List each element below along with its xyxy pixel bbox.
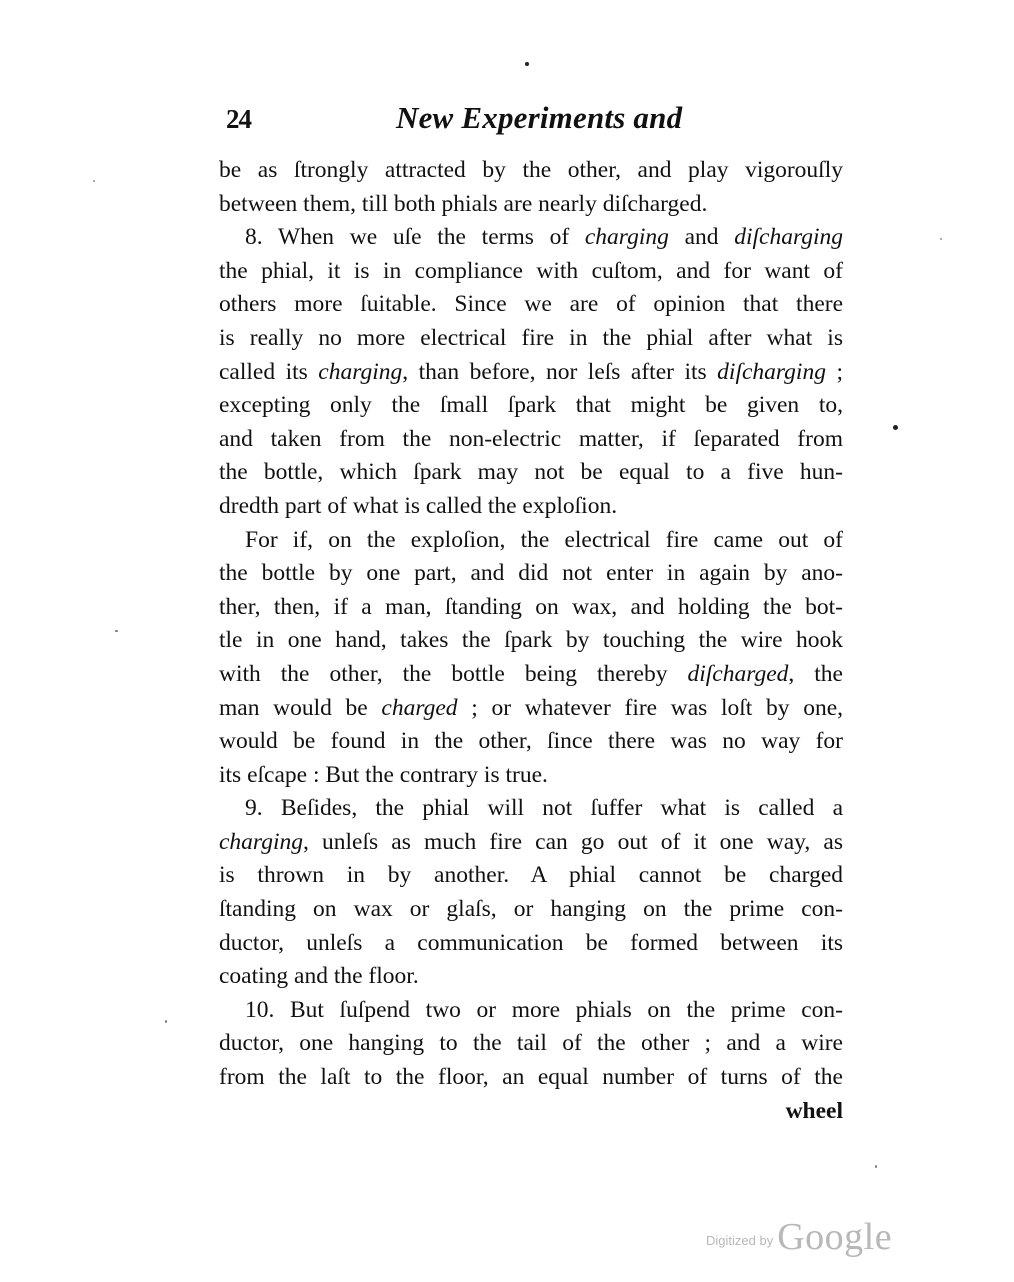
text-line: dredth part of what is called the exploſ…	[219, 490, 843, 524]
text-line: the bottle by one part, and did not ente…	[219, 557, 843, 591]
text-line: called its charging, than before, nor le…	[219, 356, 843, 390]
text-line: ſtanding on wax or glaſs, or hanging on …	[219, 893, 843, 927]
text-line: coating and the floor.	[219, 960, 843, 994]
running-head: 24 New Experiments and	[226, 100, 846, 144]
paragraph: For if, on the exploſion, the electrical…	[219, 524, 843, 793]
italic-term: diſcharged	[687, 661, 788, 687]
text-line: be as ſtrongly attracted by the other, a…	[219, 154, 843, 188]
text-line: from the laſt to the floor, an equal num…	[219, 1061, 843, 1095]
text-line: 9. Beſides, the phial will not ſuffer wh…	[219, 792, 843, 826]
text-line: man would be charged ; or whatever fire …	[219, 692, 843, 726]
catchword: wheel	[219, 1095, 843, 1129]
text-line: the phial, it is in compliance with cuſt…	[219, 255, 843, 289]
paragraph: 8. When we uſe the terms of charging and…	[219, 221, 843, 523]
italic-term: charging	[585, 224, 669, 250]
text-line: between them, till both phials are nearl…	[219, 188, 843, 222]
text-line: and taken from the non-electric matter, …	[219, 423, 843, 457]
text-line: tle in one hand, takes the ſpark by touc…	[219, 624, 843, 658]
italic-term: charging	[318, 359, 402, 385]
text-line: For if, on the exploſion, the electrical…	[219, 524, 843, 558]
text-line: charging, unleſs as much fire can go out…	[219, 826, 843, 860]
text-line: ther, then, if a man, ſtanding on wax, a…	[219, 591, 843, 625]
text-line: is thrown in by another. A phial cannot …	[219, 859, 843, 893]
italic-term: diſcharging	[734, 224, 843, 250]
body-text: be as ſtrongly attracted by the other, a…	[219, 154, 843, 1128]
running-title: New Experiments and	[396, 100, 682, 136]
digitized-by-google-watermark: Digitized by Google	[706, 1215, 892, 1259]
text-line: its eſcape : But the contrary is true.	[219, 759, 843, 793]
scan-speck	[525, 62, 529, 66]
text-line: with the other, the bottle being thereby…	[219, 658, 843, 692]
paragraph: 10. But ſuſpend two or more phials on th…	[219, 994, 843, 1095]
text-line: ductor, unleſs a communication be formed…	[219, 927, 843, 961]
text-line: ductor, one hanging to the tail of the o…	[219, 1027, 843, 1061]
page-number: 24	[226, 104, 251, 135]
scan-speck	[93, 180, 95, 182]
paragraph: be as ſtrongly attracted by the other, a…	[219, 154, 843, 221]
text-line: others more ſuitable. Since we are of op…	[219, 288, 843, 322]
text-line: the bottle, which ſpark may not be equal…	[219, 456, 843, 490]
italic-term: diſcharging	[717, 359, 826, 385]
scan-speck	[875, 1165, 877, 1168]
text-line: excepting only the ſmall ſpark that migh…	[219, 389, 843, 423]
paragraph: 9. Beſides, the phial will not ſuffer wh…	[219, 792, 843, 994]
italic-term: charging	[219, 829, 303, 855]
watermark-brand: Google	[777, 1216, 892, 1258]
watermark-prefix: Digitized by	[706, 1233, 773, 1248]
book-page: 24 New Experiments and be as ſtrongly at…	[0, 0, 1014, 1282]
scan-speck	[893, 425, 898, 430]
scan-speck	[115, 630, 118, 632]
scan-speck	[165, 1020, 167, 1023]
text-line: 10. But ſuſpend two or more phials on th…	[219, 994, 843, 1028]
text-line: 8. When we uſe the terms of charging and…	[219, 221, 843, 255]
scan-speck	[940, 238, 942, 240]
text-line: is really no more electrical fire in the…	[219, 322, 843, 356]
text-line: would be found in the other, ſince there…	[219, 725, 843, 759]
italic-term: charged	[381, 695, 457, 721]
